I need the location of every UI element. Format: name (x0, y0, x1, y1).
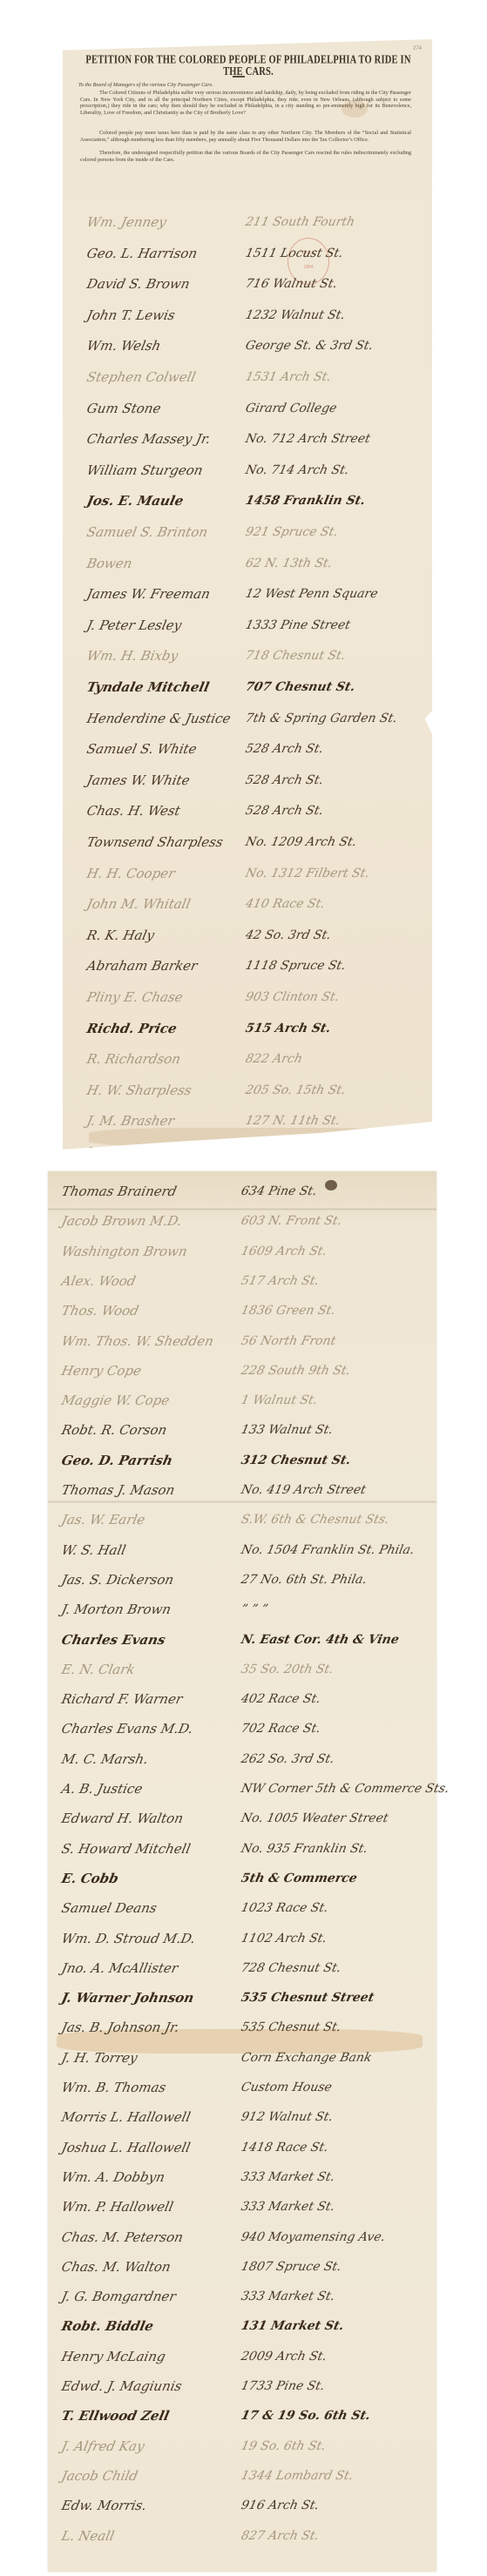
signer-name: Morris L. Hallowell (60, 2109, 192, 2125)
signature-row: Richard F. Warner402 Race St. (48, 1686, 436, 1716)
signer-name: W. S. Hall (60, 1542, 127, 1558)
signature-row: Jos. E. Maule1458 Franklin St. (63, 488, 432, 517)
signer-name: Joshua L. Hallowell (60, 2140, 192, 2155)
petition-paragraph-2: Colored people pay more taxes here than … (80, 130, 411, 143)
signature-row: A. B. JusticeNW Corner 5th & Commerce St… (48, 1776, 436, 1805)
signer-name: Bowen (85, 556, 133, 571)
signer-name: Alex. Wood (60, 1273, 137, 1289)
signer-name: David S. Brown (85, 276, 191, 292)
signer-address: 515 Arch St. (244, 1022, 332, 1035)
signer-address: Custom House (240, 2080, 333, 2094)
signer-address: 702 Race St. (240, 1722, 321, 1736)
signature-row: Joshua L. Hallowell1418 Race St. (48, 2134, 436, 2164)
signature-row: Chas. M. Peterson940 Moyamensing Ave. (48, 2224, 436, 2254)
signature-row: Chas. H. West528 Arch St. (63, 798, 432, 827)
signer-name: Jacob Brown M.D. (60, 1213, 183, 1229)
signature-row: Edwd. J. Magiunis1733 Pine St. (48, 2373, 436, 2403)
signer-address: 17 & 19 So. 6th St. (240, 2409, 371, 2423)
signer-name: Jas. W. Earle (60, 1512, 146, 1527)
signature-row: Henry Cope228 South 9th St. (48, 1358, 436, 1387)
signer-name: Tyndale Mitchell (85, 679, 211, 695)
signer-address: 133 Walnut St. (240, 1423, 334, 1437)
signature-row: Wm. B. ThomasCustom House (48, 2074, 436, 2104)
signer-address: 333 Market St. (240, 2289, 335, 2303)
signer-name: William Sturgeon (85, 462, 204, 478)
signature-row: James W. White528 Arch St. (63, 767, 432, 797)
signer-address: 921 Spruce St. (244, 525, 339, 539)
signer-name: Jacob Child (60, 2468, 139, 2484)
petition-title: PETITION FOR THE COLORED PEOPLE OF PHILA… (78, 54, 418, 78)
signature-row: Samuel Deans1023 Race St. (48, 1895, 436, 1925)
signer-address: 2009 Arch St. (240, 2350, 328, 2364)
signer-address: 1031 Spruce (244, 1145, 326, 1159)
signer-address: 517 Arch St. (240, 1274, 320, 1288)
signature-row: R. Richardson822 Arch (63, 1046, 432, 1076)
signer-name: Geo. L. Harrison (85, 246, 199, 261)
signature-row: Samuel S. White528 Arch St. (63, 736, 432, 765)
signature-row: Jas. W. EarleS.W. 6th & Chesnut Sts. (48, 1507, 436, 1536)
signer-name: Wm. B. Thomas (60, 2080, 167, 2095)
signer-address: 333 Market St. (240, 2200, 335, 2214)
signer-name: S. Howard Mitchell (60, 1841, 192, 1857)
signature-row: J. Alfred Kay19 So. 6th St. (48, 2433, 436, 2463)
signer-address: 535 Chesnut Street (240, 1991, 375, 2005)
signature-row: Charles Massey Jr.No. 712 Arch Street (63, 426, 432, 455)
signer-name: Samuel S. Brinton (85, 524, 209, 540)
signer-address: 822 Arch (244, 1052, 303, 1066)
signer-name: J. H. Torrey (60, 2050, 139, 2066)
signer-address: 1 Walnut St. (240, 1393, 319, 1407)
signer-name: J. Alfred Kay (60, 2438, 145, 2454)
signer-address: 12 West Penn Square (244, 587, 379, 601)
signature-row: Wm. Thos. W. Shedden56 North Front (48, 1328, 436, 1358)
signer-name: R. Richardson (85, 1051, 182, 1067)
signer-address: Corn Exchange Bank (240, 2051, 373, 2065)
signature-row: Edw. Morris.916 Arch St. (48, 2492, 436, 2522)
signer-name: James W. White (85, 772, 191, 788)
signer-name: Wm. A. Dobbyn (60, 2169, 166, 2185)
signer-address: 205 So. 15th St. (244, 1083, 347, 1097)
signer-address: No. 1005 Weater Street (240, 1811, 389, 1825)
signer-name: Maggie W. Cope (60, 1393, 171, 1408)
salutation: To the Board of Managers of the various … (78, 82, 213, 88)
signer-name: Chas. M. Walton (60, 2259, 172, 2275)
signer-name: Charles Evans M.D. (60, 1721, 194, 1736)
signature-row: Richd. Price515 Arch St. (63, 1015, 432, 1045)
signer-name: Wm. Thos. W. Shedden (60, 1333, 215, 1349)
signer-address: 912 Walnut St. (240, 2110, 334, 2124)
signer-address: 1333 Pine Street (244, 618, 351, 632)
signer-address: 903 Clinton St. (244, 990, 340, 1004)
signer-address: 211 South Fourth (244, 215, 355, 229)
signer-name: J. M. Brasher (85, 1113, 176, 1129)
signer-name: Edward H. Walton (60, 1811, 185, 1826)
signer-name: James W. Freeman (85, 586, 212, 602)
signer-name: Abraham Barker (85, 958, 199, 974)
signature-row: Townsend SharplessNo. 1209 Arch St. (63, 829, 432, 859)
signature-row: John M. Whitall410 Race St. (63, 891, 432, 920)
signer-address: 262 So. 3rd St. (240, 1752, 335, 1766)
signer-name: Thomas J. Mason (60, 1482, 176, 1498)
signature-row: James W. Freeman12 West Penn Square (63, 581, 432, 610)
signer-address: 1531 Arch St. (244, 370, 332, 384)
signer-name: J. Warner Johnson (60, 1990, 195, 2006)
signature-row: Wm. D. Stroud M.D.1102 Arch St. (48, 1925, 436, 1955)
signer-address: 19 So. 6th St. (240, 2439, 327, 2453)
signature-row: S. Howard MitchellNo. 935 Franklin St. (48, 1836, 436, 1865)
signer-name: Edwd. J. Magiunis (60, 2378, 183, 2394)
petition-sheet-2: Thomas Brainerd634 Pine St.Jacob Brown M… (48, 1171, 436, 2572)
signature-row: J. H. TorreyCorn Exchange Bank (48, 2045, 436, 2074)
signer-name: Jno. A. McAllister (60, 1960, 179, 1976)
signer-address: No. 1209 Arch St. (244, 835, 358, 849)
signature-row: J. Morton Brown” ” ” (48, 1596, 436, 1626)
signer-name: Richd. Price (85, 1021, 179, 1036)
signature-row: Pliny E. Chase903 Clinton St. (63, 984, 432, 1014)
signer-address: 127 N. 11th St. (244, 1114, 341, 1128)
signer-address: 1836 Green St. (240, 1304, 336, 1318)
signature-row: Thos. Wood1836 Green St. (48, 1298, 436, 1327)
signer-address: ” ” ” (240, 1602, 269, 1616)
signer-name: Wm. H. Bixby (85, 648, 179, 664)
signer-name: Washington Brown (60, 1244, 189, 1259)
signature-row: Maggie W. Cope1 Walnut St. (48, 1387, 436, 1417)
signer-address: 62 N. 13th St. (244, 556, 333, 570)
signature-row: Charles EvansN. East Cor. 4th & Vine (48, 1627, 436, 1656)
signer-name: Gum Stone (85, 401, 162, 416)
signature-row: Thomas J. MasonNo. 419 Arch Street (48, 1477, 436, 1507)
signature-row: Bowen62 N. 13th St. (63, 550, 432, 580)
signer-name: H. H. Cooper (85, 866, 176, 881)
signature-row: Chas. M. Walton1807 Spruce St. (48, 2254, 436, 2283)
signer-address: George St. & 3rd St. (244, 339, 374, 353)
signer-name: Jos. E. Maule (85, 493, 185, 509)
signer-address: 1232 Walnut St. (244, 308, 346, 322)
signer-address: 312 Chesnut St. (240, 1453, 352, 1467)
signer-address: 1511 Locust St. (244, 246, 344, 260)
signature-row: Samuel S. Brinton921 Spruce St. (63, 519, 432, 549)
signature-row: E. N. Clark35 So. 20th St. (48, 1656, 436, 1686)
signer-address: 27 No. 6th St. Phila. (240, 1573, 368, 1587)
signature-row: Henry McLaing2009 Arch St. (48, 2343, 436, 2373)
signer-address: 1807 Spruce St. (240, 2260, 342, 2274)
signer-name: Robt. R. Corson (60, 1422, 168, 1438)
signer-name: R. K. Haly (85, 927, 156, 943)
signer-name: M. W. Baldwin (85, 1144, 184, 1160)
signature-row: Morris L. Hallowell912 Walnut St. (48, 2104, 436, 2134)
signer-address: 528 Arch St. (244, 742, 324, 756)
signature-row: J. G. Bomgardner333 Market St. (48, 2283, 436, 2313)
signature-row: Wm. A. Dobbyn333 Market St. (48, 2164, 436, 2194)
signer-address: 410 Race St. (244, 897, 326, 911)
signer-name: Edw. Morris. (60, 2498, 148, 2513)
signature-row: Wm. H. Bixby718 Chesnut St. (63, 643, 432, 672)
signer-name: Thomas Brainerd (60, 1183, 178, 1199)
signature-row: Charles Evans M.D.702 Race St. (48, 1716, 436, 1745)
signer-address: Girard College (244, 401, 338, 415)
signer-address: 402 Race St. (240, 1692, 321, 1706)
signer-name: John T. Lewis (85, 307, 176, 323)
signature-row: M. W. Baldwin1031 Spruce (63, 1139, 432, 1169)
signature-row: J. Warner Johnson535 Chesnut Street (48, 1985, 436, 2014)
signature-row: L. Neall827 Arch St. (48, 2523, 436, 2552)
signer-address: 707 Chesnut St. (244, 680, 356, 694)
signer-address: 827 Arch St. (240, 2529, 320, 2543)
signer-address: 528 Arch St. (244, 804, 324, 818)
signer-name: Charles Massey Jr. (85, 431, 212, 447)
signer-name: Wm. Welsh (85, 338, 162, 354)
signature-row: W. S. HallNo. 1504 Franklin St. Phila. (48, 1537, 436, 1567)
signer-address: 716 Walnut St. (244, 277, 338, 291)
corner-mark: 274 (413, 46, 422, 51)
signature-row: Gum StoneGirard College (63, 395, 432, 425)
petition-sheet-1: 274 PETITION FOR THE COLORED PEOPLE OF P… (63, 39, 432, 1150)
signer-address: S.W. 6th & Chesnut Sts. (240, 1513, 390, 1527)
signature-row: J. Peter Lesley1333 Pine Street (63, 612, 432, 642)
signature-row: Geo. L. Harrison1511 Locust St. (63, 240, 432, 270)
signature-row: Edward H. WaltonNo. 1005 Weater Street (48, 1805, 436, 1835)
signer-name: Charles Evans (60, 1632, 166, 1648)
signer-address: 718 Chesnut St. (244, 649, 347, 663)
signer-address: 1733 Pine St. (240, 2379, 326, 2393)
signer-name: J. G. Bomgardner (60, 2289, 177, 2304)
signer-name: Richard F. Warner (60, 1691, 184, 1707)
signer-name: T. Ellwood Zell (60, 2408, 171, 2424)
signer-name: Chas. H. West (85, 803, 182, 819)
signature-row: J. M. Brasher127 N. 11th St. (63, 1108, 432, 1137)
signer-address: No. 935 Franklin St. (240, 1842, 369, 1856)
signer-address: 228 South 9th St. (240, 1364, 351, 1378)
signature-row: E. Cobb5th & Commerce (48, 1865, 436, 1895)
signature-row: Robt. R. Corson133 Walnut St. (48, 1417, 436, 1446)
signer-address: 1344 Lombard St. (240, 2469, 355, 2483)
signer-name: J. Peter Lesley (85, 617, 183, 633)
signer-name: Samuel S. White (85, 741, 198, 757)
signer-name: Townsend Sharpless (85, 834, 225, 850)
signer-address: 333 Market St. (240, 2170, 335, 2184)
signature-row: Jno. A. McAllister728 Chesnut St. (48, 1955, 436, 1985)
signature-row: Stephen Colwell1531 Arch St. (63, 364, 432, 394)
signature-row: Jacob Brown M.D.603 N. Front St. (48, 1208, 436, 1237)
signature-row: H. W. Sharpless205 So. 15th St. (63, 1077, 432, 1107)
signature-row: Tyndale Mitchell707 Chesnut St. (63, 674, 432, 704)
signer-address: 1458 Franklin St. (244, 494, 366, 508)
signer-address: 528 Arch St. (244, 773, 324, 787)
signer-name: Geo. D. Parrish (60, 1453, 174, 1468)
petition-paragraph-1: The Colored Citizens of Philadelphia suf… (80, 90, 411, 116)
signer-address: No. 1504 Franklin St. Phila. (240, 1543, 416, 1557)
signer-name: Henry Cope (60, 1363, 143, 1379)
signer-name: Chas. M. Peterson (60, 2229, 185, 2245)
signer-address: 1102 Arch St. (240, 1932, 328, 1945)
signer-address: No. 714 Arch St. (244, 463, 350, 477)
signer-name: Jas. S. Dickerson (60, 1572, 175, 1588)
signature-row: Abraham Barker1118 Spruce St. (63, 953, 432, 982)
signature-row: William SturgeonNo. 714 Arch St. (63, 457, 432, 487)
signer-name: Robt. Biddle (60, 2318, 155, 2334)
signature-row: T. Ellwood Zell17 & 19 So. 6th St. (48, 2403, 436, 2432)
signer-name: Pliny E. Chase (85, 989, 185, 1005)
signature-row: Geo. D. Parrish312 Chesnut St. (48, 1447, 436, 1477)
signature-row: Thomas Brainerd634 Pine St. (48, 1178, 436, 1208)
signature-row: David S. Brown716 Walnut St. (63, 271, 432, 300)
signer-name: Wm. D. Stroud M.D. (60, 1931, 197, 1946)
signature-row: Robt. Biddle131 Market St. (48, 2313, 436, 2343)
signer-address: 7th & Spring Garden St. (244, 711, 398, 725)
signer-address: NW Corner 5th & Commerce Sts. (240, 1782, 450, 1796)
signer-address: 1023 Race St. (240, 1901, 329, 1915)
signer-address: 728 Chesnut St. (240, 1961, 342, 1975)
signer-address: 131 Market St. (240, 2319, 345, 2333)
signer-name: E. Cobb (60, 1871, 120, 1886)
signature-row: Wm. WelshGeorge St. & 3rd St. (63, 333, 432, 362)
signer-address: 35 So. 20th St. (240, 1662, 335, 1676)
signer-address: 1609 Arch St. (240, 1244, 328, 1258)
signer-address: No. 712 Arch Street (244, 432, 371, 446)
signer-address: No. 1312 Filbert St. (244, 867, 370, 880)
signer-address: No. 419 Arch Street (240, 1483, 367, 1497)
signer-address: 5th & Commerce (240, 1871, 358, 1885)
signature-row: Jas. S. Dickerson27 No. 6th St. Phila. (48, 1567, 436, 1596)
signer-name: John M. Whitall (85, 896, 192, 912)
signer-address: N. East Cor. 4th & Vine (240, 1633, 400, 1647)
signer-name: Thos. Wood (60, 1303, 140, 1318)
title-divider (233, 76, 245, 78)
signature-row: Wm. Jenney211 South Fourth (63, 209, 432, 239)
signature-row: Henderdine & Justice7th & Spring Garden … (63, 705, 432, 735)
signer-name: H. W. Sharpless (85, 1082, 193, 1098)
signer-name: J. Morton Brown (60, 1602, 172, 1617)
signature-row: Jas. B. Johnson Jr.535 Chesnut St. (48, 2014, 436, 2044)
signer-address: 916 Arch St. (240, 2498, 320, 2512)
signer-name: Wm. P. Hallowell (60, 2199, 175, 2215)
signer-name: Wm. Jenney (85, 214, 168, 230)
signer-address: 940 Moyamensing Ave. (240, 2230, 386, 2244)
signer-name: Jas. B. Johnson Jr. (60, 2020, 180, 2035)
signer-name: Samuel Deans (60, 1900, 159, 1916)
signature-row: Wm. P. Hallowell333 Market St. (48, 2194, 436, 2223)
petition-paragraph-3: Therefore, the undersigned respectfully … (80, 150, 411, 163)
signer-address: 56 North Front (240, 1334, 337, 1348)
signer-name: Henderdine & Justice (85, 711, 232, 726)
signature-row: Alex. Wood517 Arch St. (48, 1268, 436, 1298)
signer-address: 634 Pine St. (240, 1184, 318, 1198)
signer-address: 603 N. Front St. (240, 1214, 342, 1228)
signer-address: 1418 Race St. (240, 2141, 329, 2155)
signature-row: M. C. Marsh.262 So. 3rd St. (48, 1746, 436, 1776)
signer-name: L. Neall (60, 2528, 116, 2544)
signature-row: R. K. Haly42 So. 3rd St. (63, 922, 432, 952)
signer-name: Stephen Colwell (85, 369, 197, 385)
signer-name: E. N. Clark (60, 1662, 136, 1677)
signer-name: M. C. Marsh. (60, 1751, 150, 1767)
signer-address: 535 Chesnut St. (240, 2020, 342, 2034)
signer-address: 42 So. 3rd St. (244, 928, 332, 942)
signer-address: 1118 Spruce St. (244, 959, 347, 973)
signer-name: A. B. Justice (60, 1781, 144, 1797)
signer-name: Henry McLaing (60, 2349, 167, 2364)
signature-row: Washington Brown1609 Arch St. (48, 1238, 436, 1268)
signature-row: Jacob Child1344 Lombard St. (48, 2463, 436, 2492)
signature-row: H. H. CooperNo. 1312 Filbert St. (63, 860, 432, 890)
signature-row: John T. Lewis1232 Walnut St. (63, 302, 432, 332)
